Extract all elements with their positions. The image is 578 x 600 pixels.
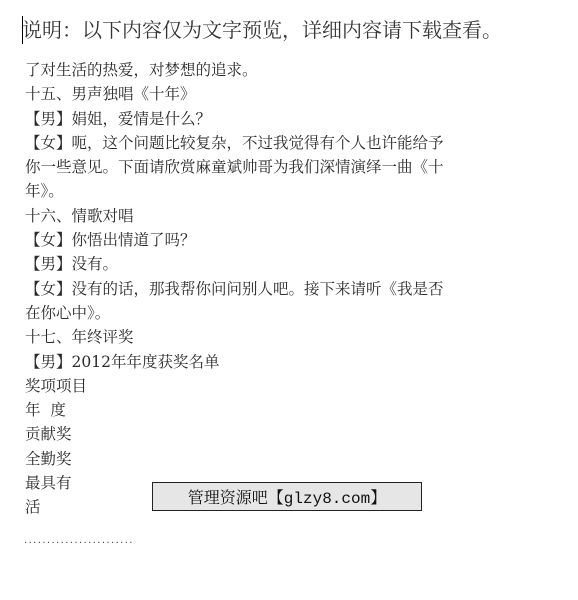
truncation-ellipsis: ························ [24, 538, 134, 549]
award-table-cell: 奖项项目 [25, 374, 555, 398]
doc-line: 年》。 [25, 179, 555, 203]
doc-line: 你一些意见。下面请欣赏麻童斌帅哥为我们深情演绎一曲《十 [25, 155, 555, 179]
doc-line: 【女】没有的话，那我帮你问问别人吧。接下来请听《我是否 [25, 277, 555, 301]
doc-line: 【男】2012年年度获奖名单 [25, 350, 555, 374]
doc-line: 了对生活的热爱，对梦想的追求。 [25, 58, 555, 82]
watermark-banner: 管理资源吧【glzy8.com】 [152, 482, 422, 511]
preview-notice: 说明：以下内容仅为文字预览，详细内容请下载查看。 [22, 16, 502, 44]
award-table-cell: 全勤奖 [25, 447, 555, 471]
doc-line: 【女】你悟出情道了吗？ [25, 228, 555, 252]
doc-line: 【男】娟姐，爱情是什么？ [25, 107, 555, 131]
doc-line: 【男】没有。 [25, 252, 555, 276]
section-heading: 十五、男声独唱《十年》 [25, 82, 555, 106]
award-table-cell: 年 度 [25, 398, 555, 422]
award-table-cell: 贡献奖 [25, 422, 555, 446]
section-heading: 十七、年终评奖 [25, 325, 555, 349]
section-heading: 十六、情歌对唱 [25, 204, 555, 228]
doc-line: 【女】呃，这个问题比较复杂，不过我觉得有个人也许能给予 [25, 131, 555, 155]
doc-line: 在你心中》。 [25, 301, 555, 325]
document-body: 了对生活的热爱，对梦想的追求。 十五、男声独唱《十年》 【男】娟姐，爱情是什么？… [25, 58, 555, 520]
